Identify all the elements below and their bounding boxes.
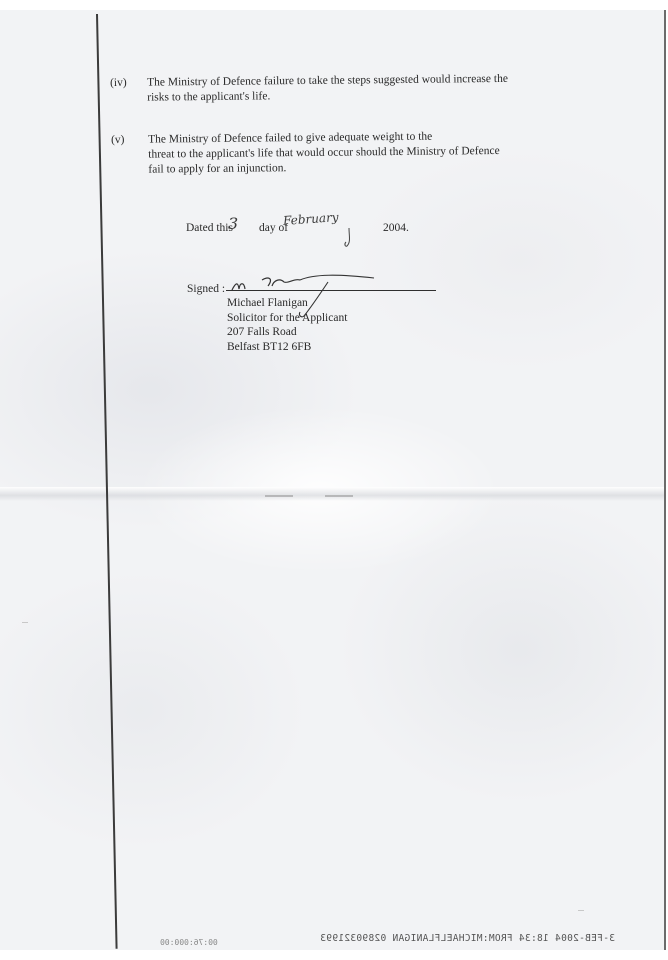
- scan-speck: [22, 622, 28, 623]
- fold-crease-mark: [265, 495, 293, 497]
- address-line-2: Belfast BT12 6FB: [227, 340, 347, 355]
- signatory-block: Michael Flanigan Solicitor for the Appli…: [227, 296, 347, 354]
- paragraph-text: The Ministry of Defence failed to give a…: [148, 129, 500, 178]
- paragraph-number: (v): [111, 133, 125, 148]
- signed-label: Signed :: [187, 283, 225, 295]
- scan-speck: [578, 910, 584, 911]
- paragraph-text: The Ministry of Defence failure to take …: [147, 72, 508, 106]
- paragraph-number: (iv): [110, 76, 127, 91]
- fax-header: 3-FEB-2004 18:34 FROM:MICHAELFLANIGAN 02…: [320, 933, 615, 944]
- handwritten-day: 3: [228, 214, 238, 233]
- signatory-name: Michael Flanigan: [227, 296, 347, 311]
- fold-crease-mark: [325, 495, 353, 497]
- address-line-1: 207 Falls Road: [227, 325, 347, 340]
- fax-header-fragment: 00:76:000:00: [160, 938, 218, 947]
- dated-prefix: Dated this: [186, 222, 233, 234]
- dated-year: 2004.: [383, 222, 409, 234]
- page-fold: [0, 487, 664, 501]
- signatory-role: Solicitor for the Applicant: [227, 311, 347, 326]
- month-flourish: [343, 228, 355, 248]
